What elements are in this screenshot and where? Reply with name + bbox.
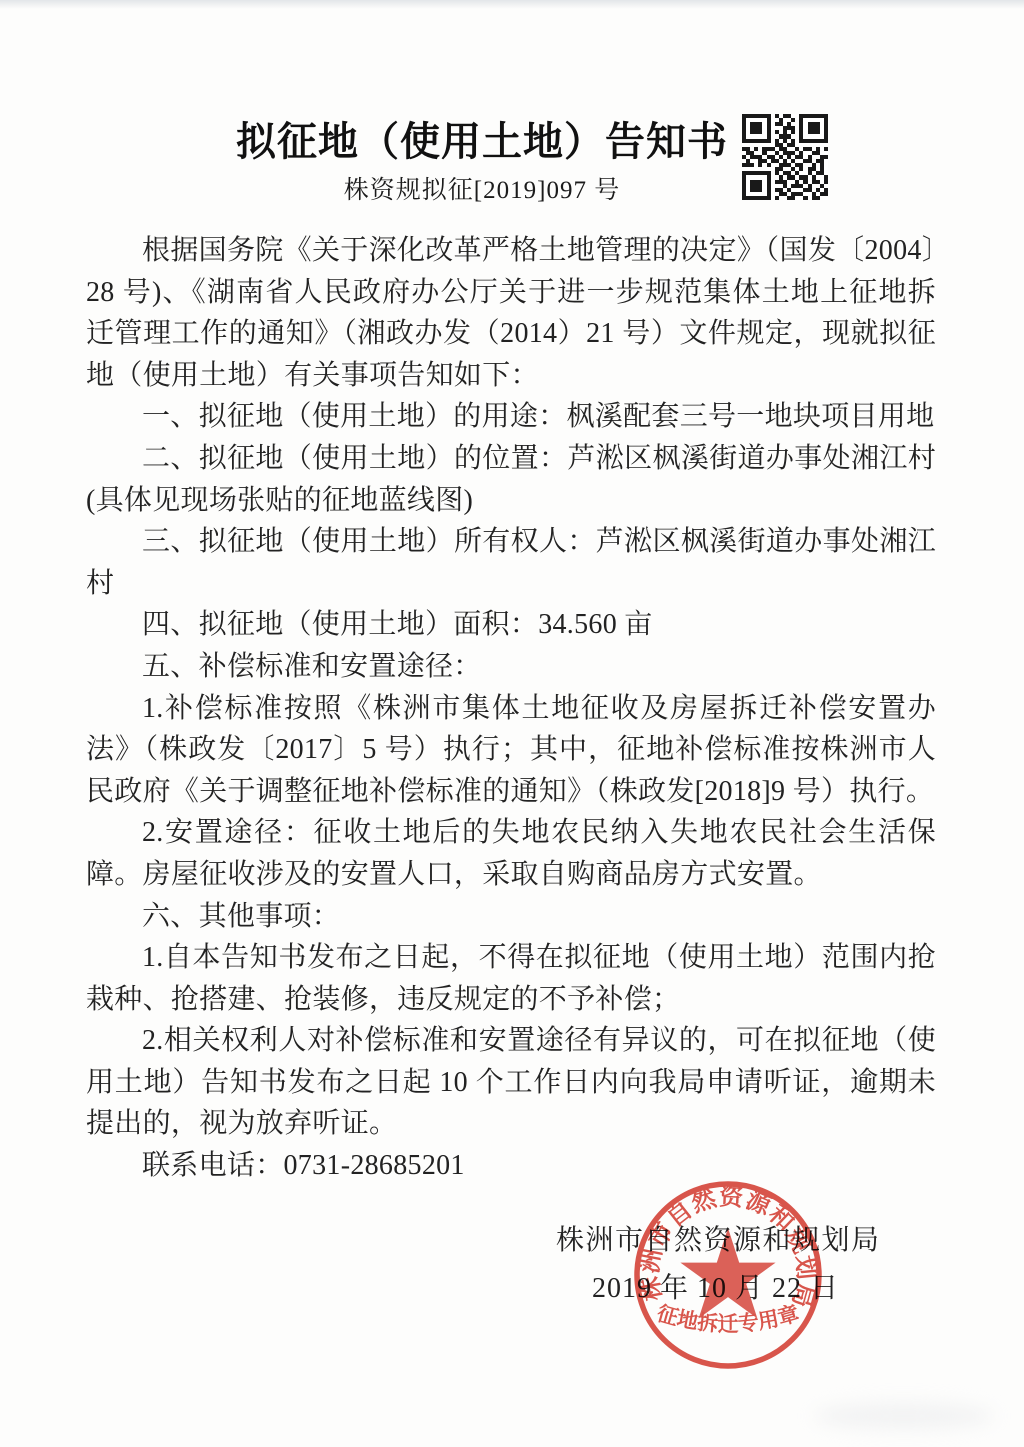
scan-smudge-artifact (814, 1403, 994, 1429)
seal-bottom-text: 征地拆迁专用章 (654, 1301, 801, 1336)
document-page: 拟征地（使用土地）告知书 株资规拟征[2019]097 号 根据国务院《关于深化… (0, 0, 1024, 1447)
signature-organization: 株洲市自然资源和规划局 (556, 1218, 881, 1258)
signature-date: 2019 年 10 月 22 日 (592, 1266, 839, 1306)
paragraph-item-3-owner: 三、拟征地（使用土地）所有权人：芦淞区枫溪街道办事处湘江村 (86, 521, 936, 604)
paragraph-item-1-use: 一、拟征地（使用土地）的用途：枫溪配套三号一地块项目用地 (86, 396, 936, 438)
paragraph-resettlement: 2.安置途径：征收土地后的失地农民纳入失地农民社会生活保障。房屋征收涉及的安置人… (86, 812, 936, 895)
document-header: 拟征地（使用土地）告知书 株资规拟征[2019]097 号 (0, 0, 1024, 208)
paragraph-item-4-area: 四、拟征地（使用土地）面积：34.560 亩 (86, 604, 936, 646)
paragraph-item-6-other: 六、其他事项： (86, 896, 936, 938)
paragraph-other-2: 2.相关权利人对补偿标准和安置途径有异议的，可在拟征地（使用土地）告知书发布之日… (86, 1020, 936, 1145)
paragraph-item-2-location: 二、拟征地（使用土地）的位置：芦淞区枫溪街道办事处湘江村(具体见现场张贴的征地蓝… (86, 438, 936, 521)
document-body: 根据国务院《关于深化改革严格土地管理的决定》（国发〔2004〕28 号)、《湖南… (86, 230, 936, 1187)
paragraph-intro: 根据国务院《关于深化改革严格土地管理的决定》（国发〔2004〕28 号)、《湖南… (86, 230, 936, 396)
paragraph-other-1: 1.自本告知书发布之日起，不得在拟征地（使用土地）范围内抢栽种、抢搭建、抢装修，… (86, 937, 936, 1020)
contact-phone: 联系电话：0731-28685201 (86, 1145, 936, 1187)
paragraph-item-5-compensation: 五、补偿标准和安置途径： (86, 646, 936, 688)
qr-code-icon (742, 114, 828, 200)
paragraph-compensation-standard: 1.补偿标准按照《株洲市集体土地征收及房屋拆迁补偿安置办法》（株政发〔2017〕… (86, 688, 936, 813)
